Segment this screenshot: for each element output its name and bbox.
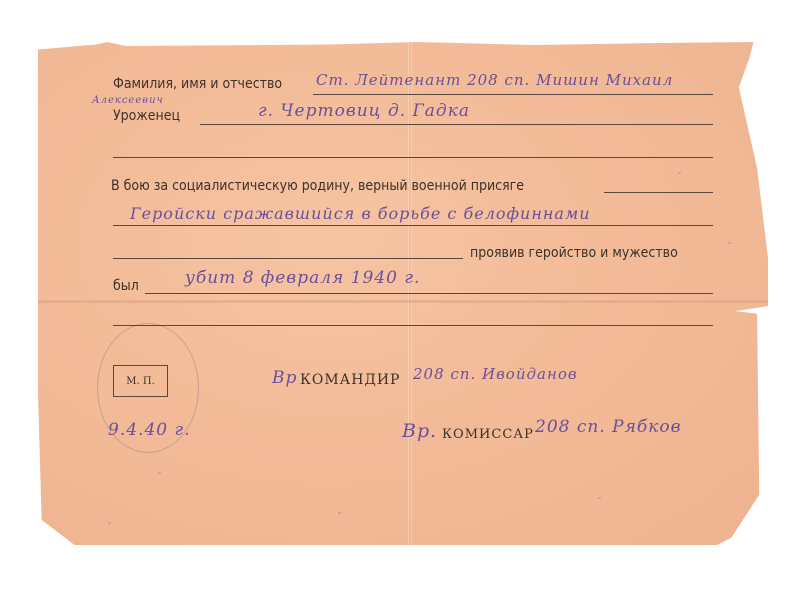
blank-line-2: [113, 325, 713, 326]
battle-value: Геройски сражавшийся в борьбе с белофинн…: [130, 204, 591, 223]
commander-value: 208 сп. Ивойданов: [413, 365, 578, 383]
battle-label: В бою за социалистическую родину, верный…: [111, 178, 524, 194]
was-line: [145, 293, 713, 294]
name-value-cont: Алексеевич: [92, 95, 164, 106]
birthplace-label: Уроженец: [113, 108, 180, 124]
seal-label: М. П.: [126, 376, 155, 387]
commissar-prefix: Вр.: [402, 420, 437, 442]
commander-label: КОМАНДИР: [300, 372, 400, 388]
seal-box: М. П.: [113, 365, 168, 397]
name-label: Фамилия, имя и отчество: [113, 76, 282, 92]
commissar-value: 208 сп. Рябков: [535, 417, 681, 437]
blank-line-1: [113, 157, 713, 158]
heroism-line: [113, 258, 463, 259]
name-value: Ст. Лейтенант 208 сп. Мишин Михаил: [316, 71, 673, 89]
commissar-label: КОМИССАР: [442, 427, 534, 442]
heroism-label: проявив геройство и мужество: [470, 245, 678, 261]
commander-prefix: Вр: [272, 368, 297, 388]
battle-value-line: [113, 225, 713, 226]
was-value: убит 8 февраля 1940 г.: [185, 268, 420, 288]
battle-line-end: [604, 192, 713, 193]
birthplace-value: г. Чертовиц д. Гадка: [258, 101, 470, 121]
birthplace-line: [200, 124, 713, 125]
was-label: был: [113, 278, 139, 294]
horizontal-fold: [38, 300, 768, 303]
date-value: 9.4.40 г.: [108, 420, 190, 440]
name-line: [313, 94, 713, 95]
